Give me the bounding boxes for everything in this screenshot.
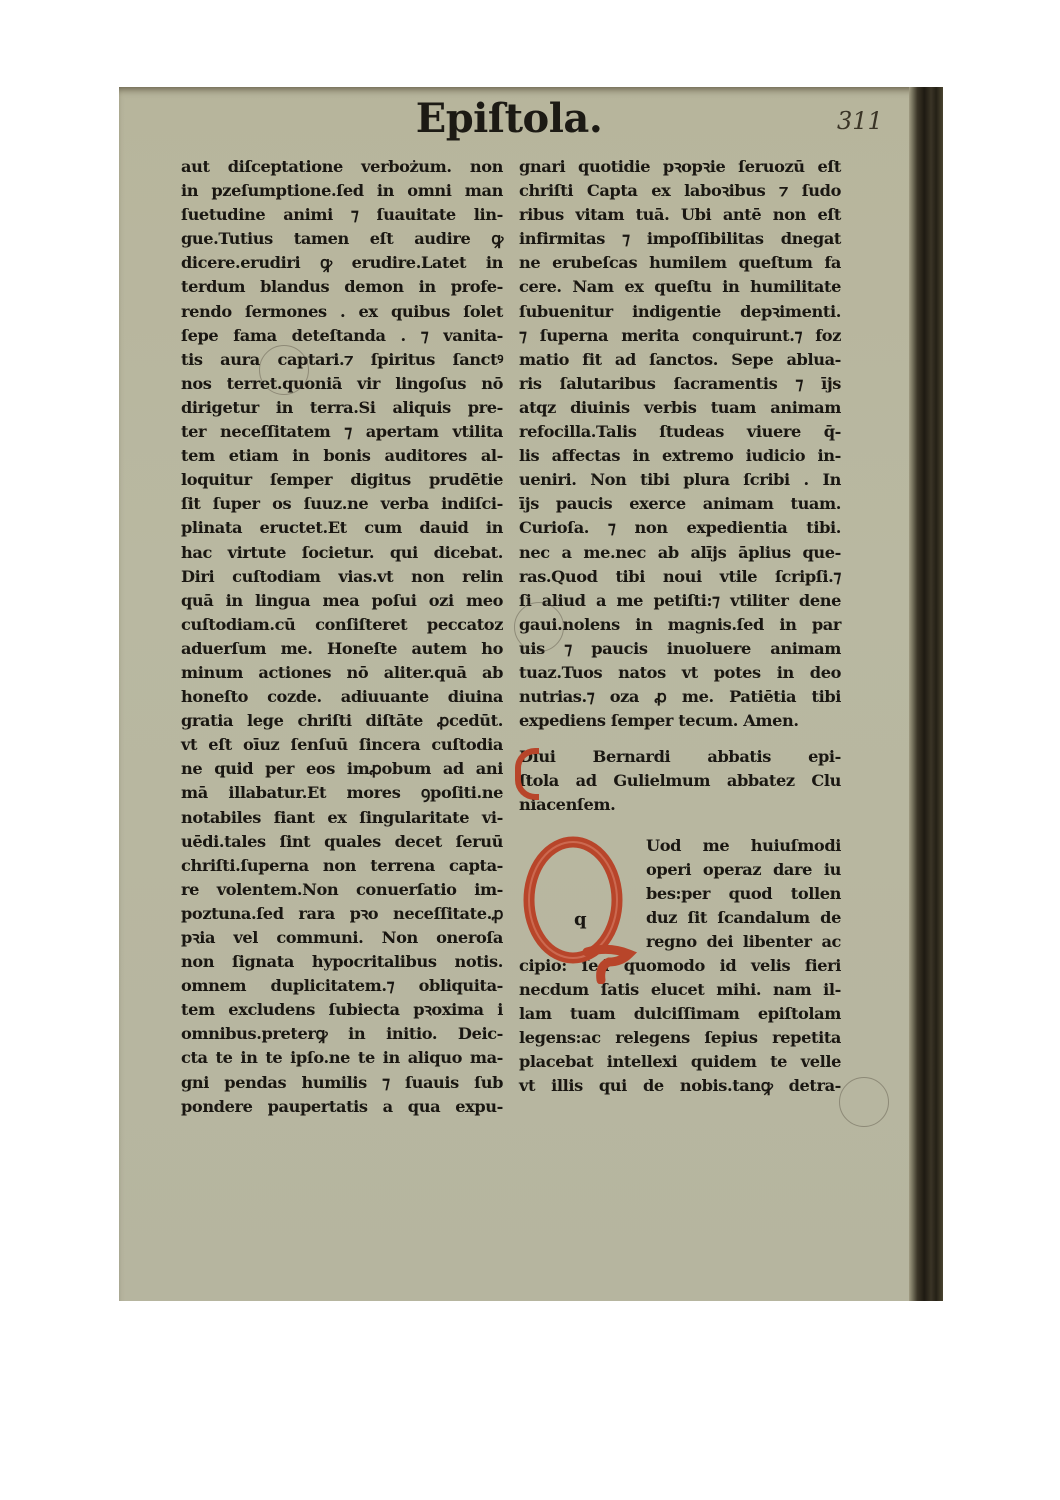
book-page-scan: Epiſtola. 311 aut diſceptatione verbożum… xyxy=(119,87,943,1301)
right-column: gnari quotidie pꝛopꝛie ſeruozū eſt chriſ… xyxy=(519,155,841,1099)
text-line: chriſti Capta ex laboꝛibus ⁊ ſudo xyxy=(519,179,841,203)
text-line: vt illis qui de nobis.tanꝙ detra- xyxy=(519,1074,841,1098)
text-line: gni pendas humilis ⁊ ſuauis ſub xyxy=(181,1071,503,1095)
text-line: quā in lingua mea poſui ozi meo xyxy=(181,589,503,613)
text-line: refocilla.Talis ſtudeas viuere q̄- xyxy=(519,420,841,444)
heading-line: ſtola ad Gulielmum abbatez Clu xyxy=(519,769,841,793)
rubric-heading: Diui Bernardi abbatis epi- ſtola ad Guli… xyxy=(519,745,841,817)
text-line: mā illabatur.Et mores ꝯpoſiti.ne xyxy=(181,781,503,805)
text-line: honeſto cozde. adiuuante diuina xyxy=(181,685,503,709)
text-line: Uod me huiuſmodi xyxy=(646,834,841,858)
heading-line: niacenſem. xyxy=(519,793,841,817)
text-line: tuaz.Tuos natos vt potes in deo xyxy=(519,661,841,685)
text-line: gue.Tutius tamen eſt audire ꝙ xyxy=(181,227,503,251)
text-line: bes:per quod tollen xyxy=(646,882,841,906)
text-line: plinata eructet.Et cum dauid in xyxy=(181,516,503,540)
text-line: rendo ſermones . ex quibus ſolet xyxy=(181,300,503,324)
text-line: atqz diuinis verbis tuam animam xyxy=(519,396,841,420)
text-line: uis ⁊ paucis inuoluere animam xyxy=(519,637,841,661)
text-line: ſuetudine animi ⁊ ſuauitate lin- xyxy=(181,203,503,227)
text-line: dicere.erudiri ꝙ erudire.Latet in xyxy=(181,251,503,275)
text-line: in pzeſumptione.ſed in omni man xyxy=(181,179,503,203)
page-edge-binding xyxy=(909,87,943,1301)
text-line: ījs paucis exerce animam tuam. xyxy=(519,492,841,516)
text-line: uēdi.tales ſint quales decet ſeruū xyxy=(181,830,503,854)
text-line: gratia lege chriſti diſtāte ꝓcedūt. xyxy=(181,709,503,733)
text-line: lis affectas in extremo iudicio in- xyxy=(519,444,841,468)
text-line: operi operaz dare iu xyxy=(646,858,841,882)
folio-number: 311 xyxy=(837,107,883,135)
text-line: expediens ſemper tecum. Amen. xyxy=(519,709,841,733)
text-line: Curioſa. ⁊ non expedientia tibi. xyxy=(519,516,841,540)
text-line: loquitur ſemper digitus prudētie xyxy=(181,468,503,492)
text-line: ſubuenitur indigentie depꝛimenti. xyxy=(519,300,841,324)
running-head: Epiſtola. xyxy=(409,95,609,142)
library-stamp-mark xyxy=(259,345,309,395)
text-line: tem etiam in bonis auditores al- xyxy=(181,444,503,468)
text-line: minum actiones nō aliter.quā ab xyxy=(181,661,503,685)
text-line: pꝛia vel communi. Non oneroſa xyxy=(181,926,503,950)
text-line: regno dei libenter ac xyxy=(646,930,841,954)
text-line: notabiles fiant ex ſingularitate vi- xyxy=(181,806,503,830)
text-line: ſit ſuper os ſuuz.ne verba indiſci- xyxy=(181,492,503,516)
text-line: ter neceſſitatem ⁊ apertam vtilita xyxy=(181,420,503,444)
text-line: aduerſum me. Honeſte autem ho xyxy=(181,637,503,661)
text-line: matio fit ad ſanctos. Sepe ablua- xyxy=(519,348,841,372)
text-line: nec a me.nec ab alījs āplius que- xyxy=(519,541,841,565)
text-line: ſi aliud a me petiſti:⁊ vtiliter dene xyxy=(519,589,841,613)
red-paragraph-mark-icon xyxy=(515,748,539,800)
text-line: nutrias.⁊ oza ꝓ me. Patiētia tibi xyxy=(519,685,841,709)
text-line: infirmitas ⁊ impoſſibilitas dnegat xyxy=(519,227,841,251)
text-line: lam tuam dulciſſimam epiſtolam xyxy=(519,1002,841,1026)
initial-paragraph: q Uod me huiuſmodi operi operaz dare iu … xyxy=(519,834,841,1099)
library-stamp-mark xyxy=(514,602,564,652)
text-line: ſepe fama deteſtanda . ⁊ vanita- xyxy=(181,324,503,348)
text-line: tem excludens ſubiecta pꝛoxima i xyxy=(181,998,503,1022)
text-line: cere. Nam ex queſtu in humilitate xyxy=(519,275,841,299)
text-line: ne quid per eos imꝓobum ad ani xyxy=(181,757,503,781)
text-line: hac virtute ſocietur. qui dicebat. xyxy=(181,541,503,565)
text-line: pondere paupertatis a qua expu- xyxy=(181,1095,503,1119)
text-line: chriſti.ſuperna non terrena capta- xyxy=(181,854,503,878)
text-line: dirigetur in terra.Si aliquis pre- xyxy=(181,396,503,420)
text-line: non ſignata hypocritalibus notis. xyxy=(181,950,503,974)
text-line: placebat intellexi quidem te velle xyxy=(519,1050,841,1074)
text-line: re volentem.Non conuerſatio im- xyxy=(181,878,503,902)
text-line: ras.Quod tibi noui vtile ſcripſi.⁊ xyxy=(519,565,841,589)
text-line: legens:ac relegens ſepius repetita xyxy=(519,1026,841,1050)
text-line: poztuna.ſed rara pꝛo neceſſitate.ꝓ xyxy=(181,902,503,926)
text-line: cta te in te ipſo.ne te in aliquo ma- xyxy=(181,1046,503,1070)
text-line: omnibus.preterꝙ in initio. Deic- xyxy=(181,1022,503,1046)
text-line: ⁊ ſuperna merita conquirunt.⁊ foz xyxy=(519,324,841,348)
library-stamp-mark xyxy=(839,1077,889,1127)
text-line: ris ſalutaribus ſacramentis ⁊ ījs xyxy=(519,372,841,396)
heading-line: Diui Bernardi abbatis epi- xyxy=(519,745,841,769)
text-line: ne erubeſcas humilem queſtum fa xyxy=(519,251,841,275)
text-line: Diri cuſtodiam vias.vt non relin xyxy=(181,565,503,589)
text-line: gaui.nolens in magnis.ſed in par xyxy=(519,613,841,637)
text-line: cuſtodiam.cū conſiſteret peccatoz xyxy=(181,613,503,637)
text-line: tis aura captari.⁊ ſpiritus ſanctꝰ xyxy=(181,348,503,372)
guide-letter: q xyxy=(574,908,586,932)
text-line: ribus vitam tuā. Ubi antē non eſt xyxy=(519,203,841,227)
text-line: omnem duplicitatem.⁊ obliquita- xyxy=(181,974,503,998)
text-line: vt eſt oīuz ſenſuū ſincera cuſtodia xyxy=(181,733,503,757)
text-line: ueniri. Non tibi plura ſcribi . In xyxy=(519,468,841,492)
text-line: gnari quotidie pꝛopꝛie ſeruozū eſt xyxy=(519,155,841,179)
text-line: duz ſit ſcandalum de xyxy=(646,906,841,930)
text-line: aut diſceptatione verbożum. non xyxy=(181,155,503,179)
left-column: aut diſceptatione verbożum. non in pzeſu… xyxy=(181,155,503,1119)
text-line: nos terret.quoniā vir lingoſus nō xyxy=(181,372,503,396)
text-line: terdum blandus demon in profe- xyxy=(181,275,503,299)
